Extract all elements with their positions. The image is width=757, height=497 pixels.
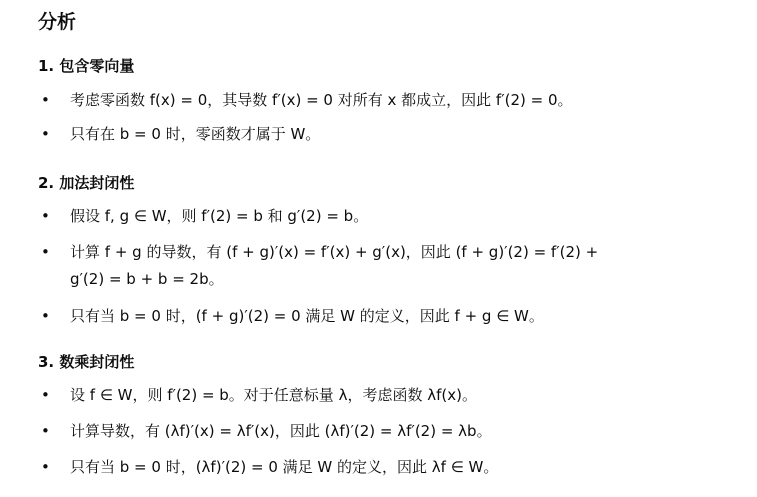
section-heading-zero-vector: 1. 包含零向量	[38, 56, 134, 76]
list-item-text: 只有在 b = 0 时，零函数才属于 W。	[70, 121, 718, 148]
bullet-icon: •	[41, 121, 50, 148]
bullet-icon: •	[41, 418, 50, 445]
list-item-text: g′(2) = b + b = 2b。	[70, 266, 718, 293]
bullet-icon: •	[41, 382, 50, 409]
list-item-continuation: g′(2) = b + b = 2b。	[38, 266, 718, 293]
list-item-text: 假设 f, g ∈ W，则 f′(2) = b 和 g′(2) = b。	[70, 203, 718, 230]
list-item-text: 只有当 b = 0 时，(λf)′(2) = 0 满足 W 的定义，因此 λf …	[70, 454, 718, 481]
bullet-icon: •	[41, 303, 50, 330]
list-item: • 计算导数，有 (λf)′(x) = λf′(x)，因此 (λf)′(2) =…	[38, 418, 718, 445]
list-item: • 只有当 b = 0 时，(λf)′(2) = 0 满足 W 的定义，因此 λ…	[38, 454, 718, 481]
page-title: 分析	[38, 10, 76, 34]
bullet-icon: •	[41, 203, 50, 230]
bullet-icon: •	[41, 239, 50, 266]
list-item: • 考虑零函数 f(x) = 0，其导数 f′(x) = 0 对所有 x 都成立…	[38, 87, 718, 114]
list-item: • 只有在 b = 0 时，零函数才属于 W。	[38, 121, 718, 148]
list-item-text: 计算 f + g 的导数，有 (f + g)′(x) = f′(x) + g′(…	[70, 239, 718, 266]
list-item-text: 设 f ∈ W，则 f′(2) = b。对于任意标量 λ，考虑函数 λf(x)。	[70, 382, 718, 409]
list-item: • 假设 f, g ∈ W，则 f′(2) = b 和 g′(2) = b。	[38, 203, 718, 230]
bullet-icon: •	[41, 454, 50, 481]
list-item-text: 只有当 b = 0 时，(f + g)′(2) = 0 满足 W 的定义，因此 …	[70, 303, 718, 330]
list-item-text: 计算导数，有 (λf)′(x) = λf′(x)，因此 (λf)′(2) = λ…	[70, 418, 718, 445]
section-heading-scalar-closure: 3. 数乘封闭性	[38, 352, 134, 372]
list-item: • 只有当 b = 0 时，(f + g)′(2) = 0 满足 W 的定义，因…	[38, 303, 718, 330]
list-item-text: 考虑零函数 f(x) = 0，其导数 f′(x) = 0 对所有 x 都成立，因…	[70, 87, 718, 114]
bullet-icon: •	[41, 87, 50, 114]
section-heading-addition-closure: 2. 加法封闭性	[38, 173, 134, 193]
list-item: • 设 f ∈ W，则 f′(2) = b。对于任意标量 λ，考虑函数 λf(x…	[38, 382, 718, 409]
list-item: • 计算 f + g 的导数，有 (f + g)′(x) = f′(x) + g…	[38, 239, 718, 266]
